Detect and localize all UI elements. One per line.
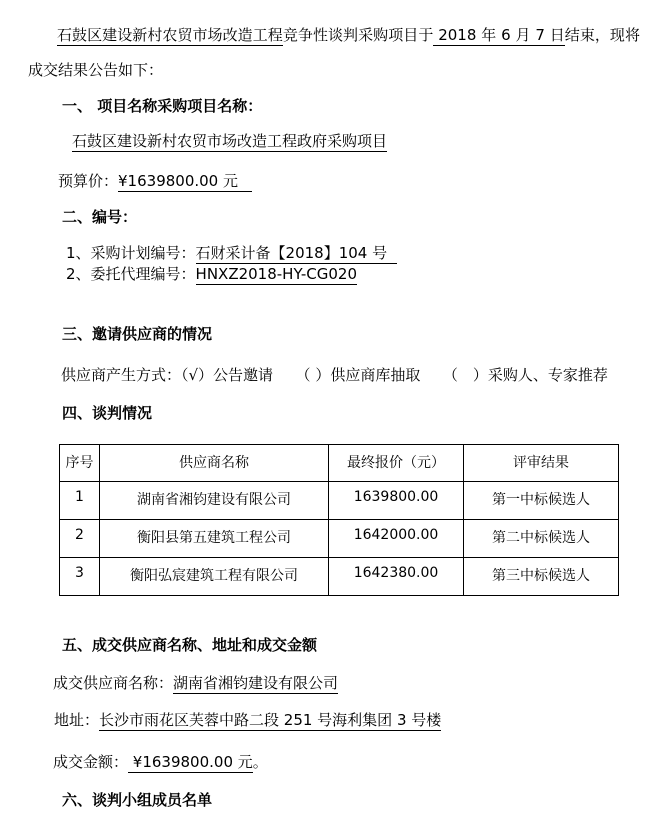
announcement-document: 石鼓区建设新村农贸市场改造工程竞争性谈判采购项目于 2018 年 6 月 7 日… (0, 0, 663, 813)
awarded-supplier-value: 湖南省湘钧建设有限公司 (173, 674, 338, 694)
cell-index: 2 (60, 520, 100, 558)
col-header-supplier: 供应商名称 (100, 445, 329, 482)
address-label: 地址： (54, 711, 99, 729)
project-name-value: 石鼓区建设新村农贸市场改造工程政府采购项目 (72, 132, 387, 152)
amount-label: 成交金额： (53, 753, 128, 771)
section4-heading: 四、谈判情况 (62, 402, 152, 423)
agency-number-value: HNXZ2018-HY-CG020 (196, 265, 357, 285)
intro-middle-text: 竞争性谈判采购项目于 (283, 26, 434, 44)
address-line: 地址：长沙市雨花区芙蓉中路二段 251 号海利集团 3 号楼 (54, 709, 441, 730)
awarded-supplier-label: 成交供应商名称： (53, 674, 173, 692)
cell-supplier: 湖南省湘钧建设有限公司 (100, 482, 329, 520)
table-header-row: 序号 供应商名称 最终报价（元） 评审结果 (60, 445, 619, 482)
col-header-result: 评审结果 (464, 445, 619, 482)
cell-result: 第三中标候选人 (464, 558, 619, 596)
amount-tail: 。 (253, 753, 268, 771)
cell-result: 第一中标候选人 (464, 482, 619, 520)
negotiation-table-wrap: 序号 供应商名称 最终报价（元） 评审结果 1 湖南省湘钧建设有限公司 1639… (59, 444, 619, 596)
budget-label: 预算价： (58, 172, 118, 190)
cell-price: 1642380.00 (329, 558, 464, 596)
section6-heading: 六、谈判小组成员名单 (62, 789, 212, 810)
budget-line: 预算价：¥1639800.00 元 (58, 170, 252, 191)
budget-value: ¥1639800.00 元 (118, 172, 252, 192)
cell-price: 1639800.00 (329, 482, 464, 520)
supplier-method-line: 供应商产生方式：（√）公告邀请 （ ）供应商库抽取 （ ）采购人、专家推荐 (61, 364, 608, 385)
section5-heading: 五、成交供应商名称、地址和成交金额 (62, 634, 317, 655)
agency-number-label: 2、委托代理编号： (66, 265, 196, 283)
amount-value: ¥1639800.00 元 (128, 753, 253, 773)
section3-heading: 三、邀请供应商的情况 (62, 323, 212, 344)
amount-line: 成交金额： ¥1639800.00 元。 (53, 751, 268, 772)
cell-supplier: 衡阳弘宸建筑工程有限公司 (100, 558, 329, 596)
intro-end-date: 2018 年 6 月 7 日 (433, 26, 564, 46)
agency-number-line: 2、委托代理编号：HNXZ2018-HY-CG020 (66, 264, 397, 285)
plan-number-value: 石财采计备【2018】104 号 (196, 244, 398, 264)
intro-paragraph: 石鼓区建设新村农贸市场改造工程竞争性谈判采购项目于 2018 年 6 月 7 日… (28, 18, 640, 88)
project-name-line: 石鼓区建设新村农贸市场改造工程政府采购项目 (72, 130, 387, 151)
section2-heading: 二、编号： (62, 206, 137, 227)
cell-supplier: 衡阳县第五建筑工程公司 (100, 520, 329, 558)
cell-index: 1 (60, 482, 100, 520)
cell-price: 1642000.00 (329, 520, 464, 558)
col-header-price: 最终报价（元） (329, 445, 464, 482)
plan-number-line: 1、采购计划编号：石财采计备【2018】104 号 (66, 243, 397, 264)
plan-number-label: 1、采购计划编号： (66, 244, 196, 262)
cell-index: 3 (60, 558, 100, 596)
awarded-supplier-line: 成交供应商名称：湖南省湘钧建设有限公司 (53, 672, 338, 693)
negotiation-table: 序号 供应商名称 最终报价（元） 评审结果 1 湖南省湘钧建设有限公司 1639… (59, 444, 619, 596)
col-header-index: 序号 (60, 445, 100, 482)
table-row: 3 衡阳弘宸建筑工程有限公司 1642380.00 第三中标候选人 (60, 558, 619, 596)
table-row: 2 衡阳县第五建筑工程公司 1642000.00 第二中标候选人 (60, 520, 619, 558)
cell-result: 第二中标候选人 (464, 520, 619, 558)
table-row: 1 湖南省湘钧建设有限公司 1639800.00 第一中标候选人 (60, 482, 619, 520)
numbers-block: 1、采购计划编号：石财采计备【2018】104 号 2、委托代理编号：HNXZ2… (66, 243, 397, 285)
address-value: 长沙市雨花区芙蓉中路二段 251 号海利集团 3 号楼 (99, 711, 441, 731)
section1-heading: 一、 项目名称采购项目名称： (62, 95, 262, 116)
intro-project-name: 石鼓区建设新村农贸市场改造工程 (57, 26, 283, 46)
